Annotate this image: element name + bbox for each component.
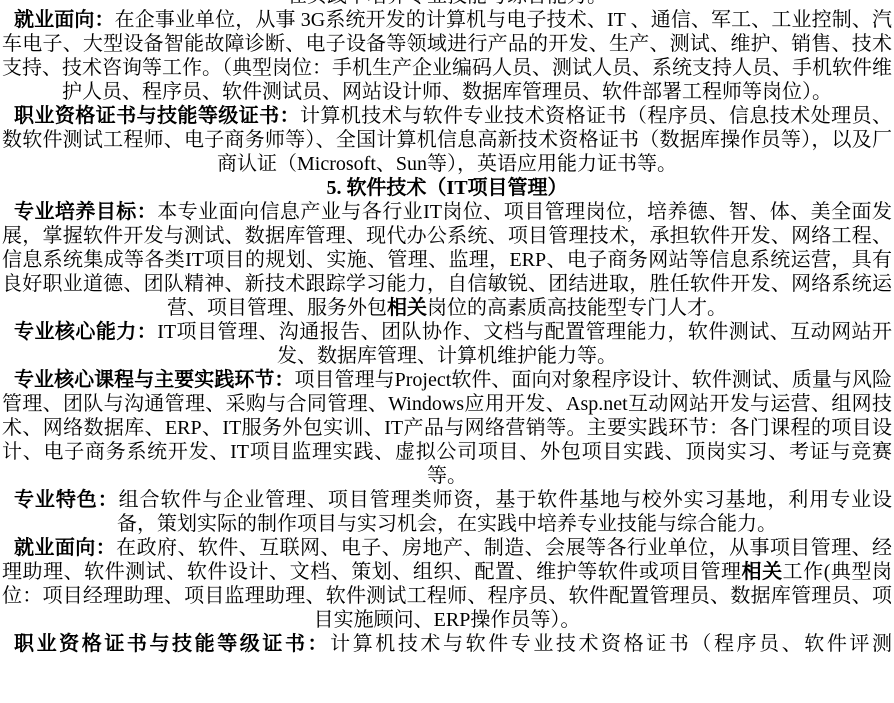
text-run-bold: 就业面向： bbox=[14, 537, 116, 559]
employment-paragraph-3g: 就业面向：在企事业单位，从事 3G系统开发的计算机与电子技术、IT 、通信、军工… bbox=[2, 8, 892, 104]
document-body: 在实践中培养专业技能与综合能力。就业面向：在企事业单位，从事 3G系统开发的计算… bbox=[0, 0, 894, 656]
text-run-bold: 就业面向： bbox=[14, 9, 115, 31]
text-run: 计算机技术与软件专业技术资格证书（程序员、软件评测 bbox=[330, 633, 892, 655]
text-run: 组合软件与企业管理、项目管理类师资，基于软件基地与校外实习基地，利用专业设备，策… bbox=[117, 489, 892, 535]
text-run: 在企事业单位，从事 3G系统开发的计算机与电子技术、IT 、通信、军工、工业控制… bbox=[2, 9, 892, 103]
certificates-paragraph-it: 职业资格证书与技能等级证书：计算机技术与软件专业技术资格证书（程序员、软件评测 bbox=[2, 632, 892, 656]
text-run-bold: 职业资格证书与技能等级证书： bbox=[14, 105, 300, 127]
certificates-paragraph-3g: 职业资格证书与技能等级证书：计算机技术与软件专业技术资格证书（程序员、信息技术处… bbox=[2, 104, 892, 176]
text-run: 在实践中培养专业技能与综合能力。 bbox=[287, 0, 607, 7]
prev-section-tail-line: 在实践中培养专业技能与综合能力。 bbox=[2, 0, 892, 8]
training-objectives-paragraph: 专业培养目标：本专业面向信息产业与各行业IT岗位、项目管理岗位，培养德、智、体、… bbox=[2, 200, 892, 320]
text-run: IT项目管理、沟通报告、团队协作、文档与配置管理能力，软件测试、互动网站开发、数… bbox=[157, 321, 892, 367]
section-heading: 5. 软件技术（IT项目管理） bbox=[2, 176, 892, 200]
core-competencies-paragraph: 专业核心能力：IT项目管理、沟通报告、团队协作、文档与配置管理能力，软件测试、互… bbox=[2, 320, 892, 368]
text-run: 岗位的高素质高技能型专门人才。 bbox=[427, 297, 727, 319]
text-run-bold: 职业资格证书与技能等级证书： bbox=[14, 633, 330, 655]
text-run-bold: 专业培养目标： bbox=[14, 201, 157, 223]
specialty-features-paragraph: 专业特色：组合软件与企业管理、项目管理类师资，基于软件基地与校外实习基地，利用专… bbox=[2, 488, 892, 536]
text-run-bold: 相关 bbox=[742, 561, 783, 583]
text-run-bold: 5. 软件技术（IT项目管理） bbox=[326, 177, 567, 199]
employment-paragraph-it: 就业面向：在政府、软件、互联网、电子、房地产、制造、会展等各行业单位，从事项目管… bbox=[2, 536, 892, 632]
text-run-bold: 相关 bbox=[387, 297, 427, 319]
text-run-bold: 专业核心能力： bbox=[14, 321, 157, 343]
text-run-bold: 专业核心课程与主要实践环节： bbox=[14, 369, 294, 391]
document-page: 在实践中培养专业技能与综合能力。就业面向：在企事业单位，从事 3G系统开发的计算… bbox=[0, 0, 894, 703]
text-run-bold: 专业特色： bbox=[14, 489, 119, 511]
core-courses-paragraph: 专业核心课程与主要实践环节：项目管理与Project软件、面向对象程序设计、软件… bbox=[2, 368, 892, 488]
